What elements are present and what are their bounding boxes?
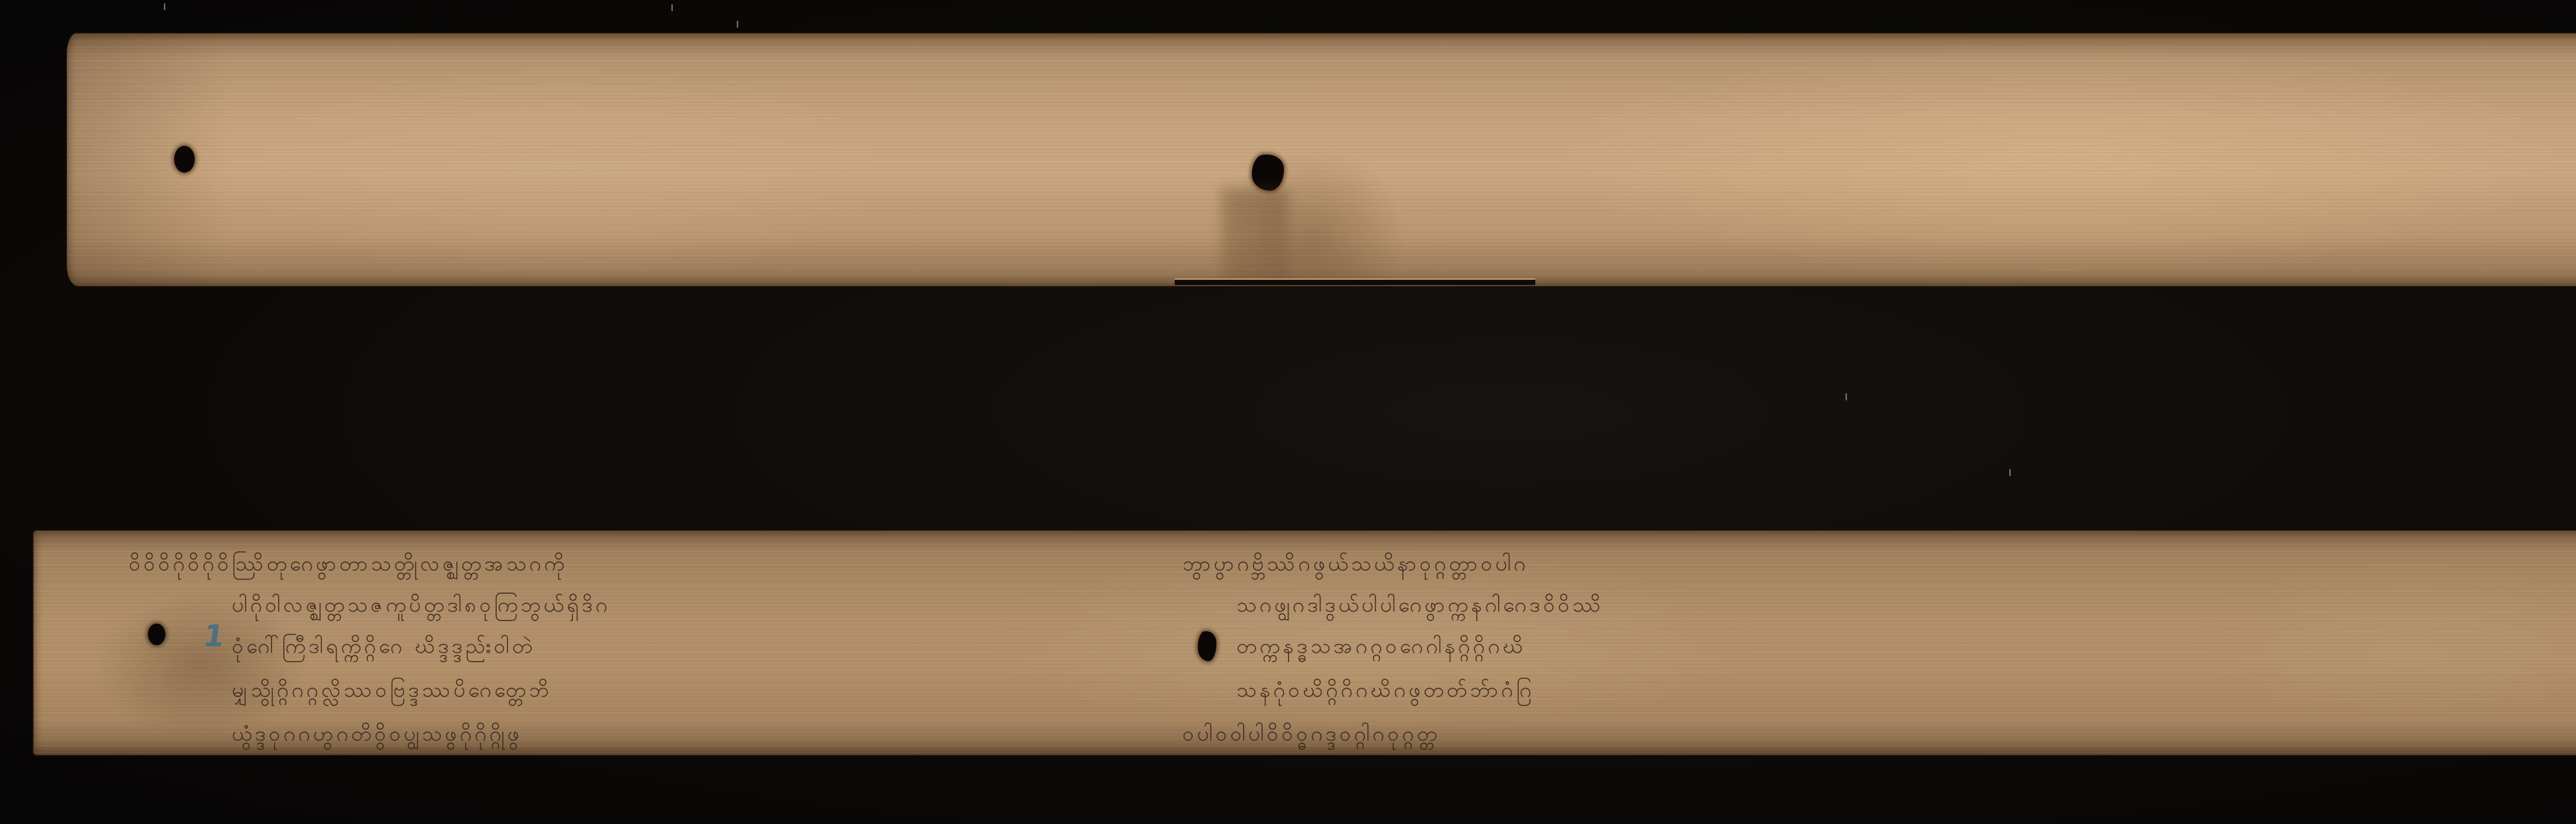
palm-leaf-bottom: 1 1 ဝိဝိဝိဂိုဝိဂိုဝိဿြိတုဂေဖွာတာသတ္တိုလဇ… [33,531,2576,755]
text-line-left-4: မျှသွိုဂ္ဂိဂဂ္ဂလ္လိဿဝဗြဒ္ဒဿပိဂေတ္တေဘိ [232,677,552,707]
text-line-left-5: ယွံဒ္ဒဝုဂဂဟွဂတိဝွိဝပျွသဖွဂိုဂိုဂ္ဂိုဖွ [232,720,522,751]
text-line-right-5: ဝပါဝဝါပါဝိဝိဝ္ဓဂဒ္ဒဝဂ္ဂါဂဝုဂ္ဂတ္တ [1182,720,1440,751]
velvet-lint [1845,393,1847,400]
text-line-right-2: သဂဖျွဂဒါဒွယ်ပါပါဂေဖွာက္ကနဂါဂေဒဝိဝိဿိ [1236,592,1604,622]
binding-hole-center [1198,631,1216,661]
velvet-lint [671,4,673,11]
text-line-right-4: သနဂုံဝဃိဂ္ဂိဂိဂဃိဂဖွတတ်ဘ်ာဂံဂြ [1236,677,1534,707]
binding-hole-center [1252,155,1284,191]
palm-leaf-top [67,33,2576,286]
water-stain [1221,188,1288,286]
leaf-top-torn-edge [1175,278,1535,285]
text-line-left-2: ပါဂိုဝါလဇ္ဈတ္တသဇကူပိတ္တဒါ၈ဝုကြဘွယ်ရှိဒိဂ [232,592,611,622]
text-line-left-1: ဝိဝိဝိဂိုဝိဂိုဝိဿြိတုဂေဖွာတာသတ္တိုလဇ္ဈတ္… [129,550,567,581]
binding-hole-left [174,146,195,173]
binding-hole-left [148,624,165,645]
text-line-right-1: ဘွာပွာဂဗ္ဘိဿိဂဖွယ်သယိနာဝုဂ္ဂတ္တာဝပါဂ [1182,550,1529,581]
text-line-left-3: ဝုံဂေါ်ကြီဒါရက္ကိဂ္ဂိဂေ ဃိဒ္ဒဒ္ဒည်းဝါတဲ [232,633,535,663]
text-line-right-3: တက္ကနဒ္ဓသအဂဂ္ဂဝဂေဂါနဂ္ဂိဂ္ဂိဂဃိ [1236,633,1526,663]
velvet-lint [164,3,165,10]
leaf-grain-texture [67,33,2576,286]
velvet-lint [2009,469,2011,476]
velvet-lint [737,21,738,28]
